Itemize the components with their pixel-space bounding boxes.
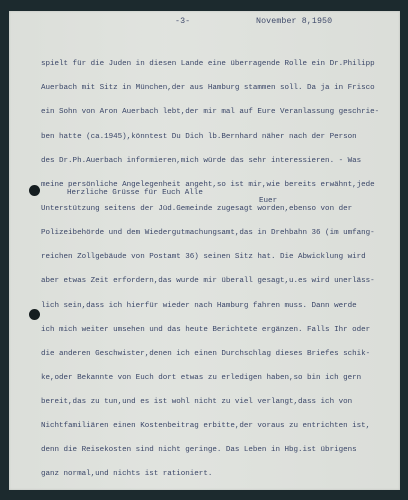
body-line: Nichtfamiliären einen Kostenbeitrag erbi… (41, 422, 397, 430)
body-line: reichen Zollgebäude von Postamt 36) sein… (41, 253, 397, 261)
body-line: Polizeibehörde und dem Wiedergutmachungs… (41, 229, 397, 237)
body-line: ben hatte (ca.1945),könntest Du Dich lb.… (41, 133, 397, 141)
body-line: denn die Reisekosten sind nicht geringe.… (41, 446, 397, 454)
body-line: des Dr.Ph.Auerbach informieren,mich würd… (41, 157, 397, 165)
body-line: ke,oder Bekannte von Euch dort etwas zu … (41, 374, 397, 382)
page-number: -3- (175, 17, 190, 26)
body-line: bereit,das zu tun,und es ist wohl nicht … (41, 398, 397, 406)
body-line: die anderen Geschwister,denen ich einen … (41, 350, 397, 358)
body-line: ich mich weiter umsehen und das heute Be… (41, 326, 397, 334)
punch-hole-lower (29, 309, 40, 320)
body-line: Unterstützung seitens der Jüd.Gemeinde z… (41, 205, 397, 213)
body-line: spielt für die Juden in diesen Lande ein… (41, 60, 397, 68)
body-line: aber etwas Zeit erfordern,das wurde mir … (41, 277, 397, 285)
letter-date: November 8,1950 (256, 17, 332, 26)
body-line: meine persönliche Angelegenheit angeht,s… (41, 181, 397, 189)
body-line: Auerbach mit Sitz in München,der aus Ham… (41, 84, 397, 92)
signoff: Euer (259, 197, 277, 205)
body-line: lich sein,dass ich hierfür wieder nach H… (41, 302, 397, 310)
punch-hole-upper (29, 185, 40, 196)
scanned-document: -3- November 8,1950 spielt für die Juden… (0, 0, 408, 500)
body-line: ein Sohn von Aron Auerbach lebt,der mir … (41, 108, 397, 116)
letter-body: spielt für die Juden in diesen Lande ein… (41, 44, 397, 495)
closing-greeting: Herzliche Grüsse für Euch Alle (67, 189, 203, 197)
body-line: ganz normal,und nichts ist rationiert. (41, 470, 397, 478)
